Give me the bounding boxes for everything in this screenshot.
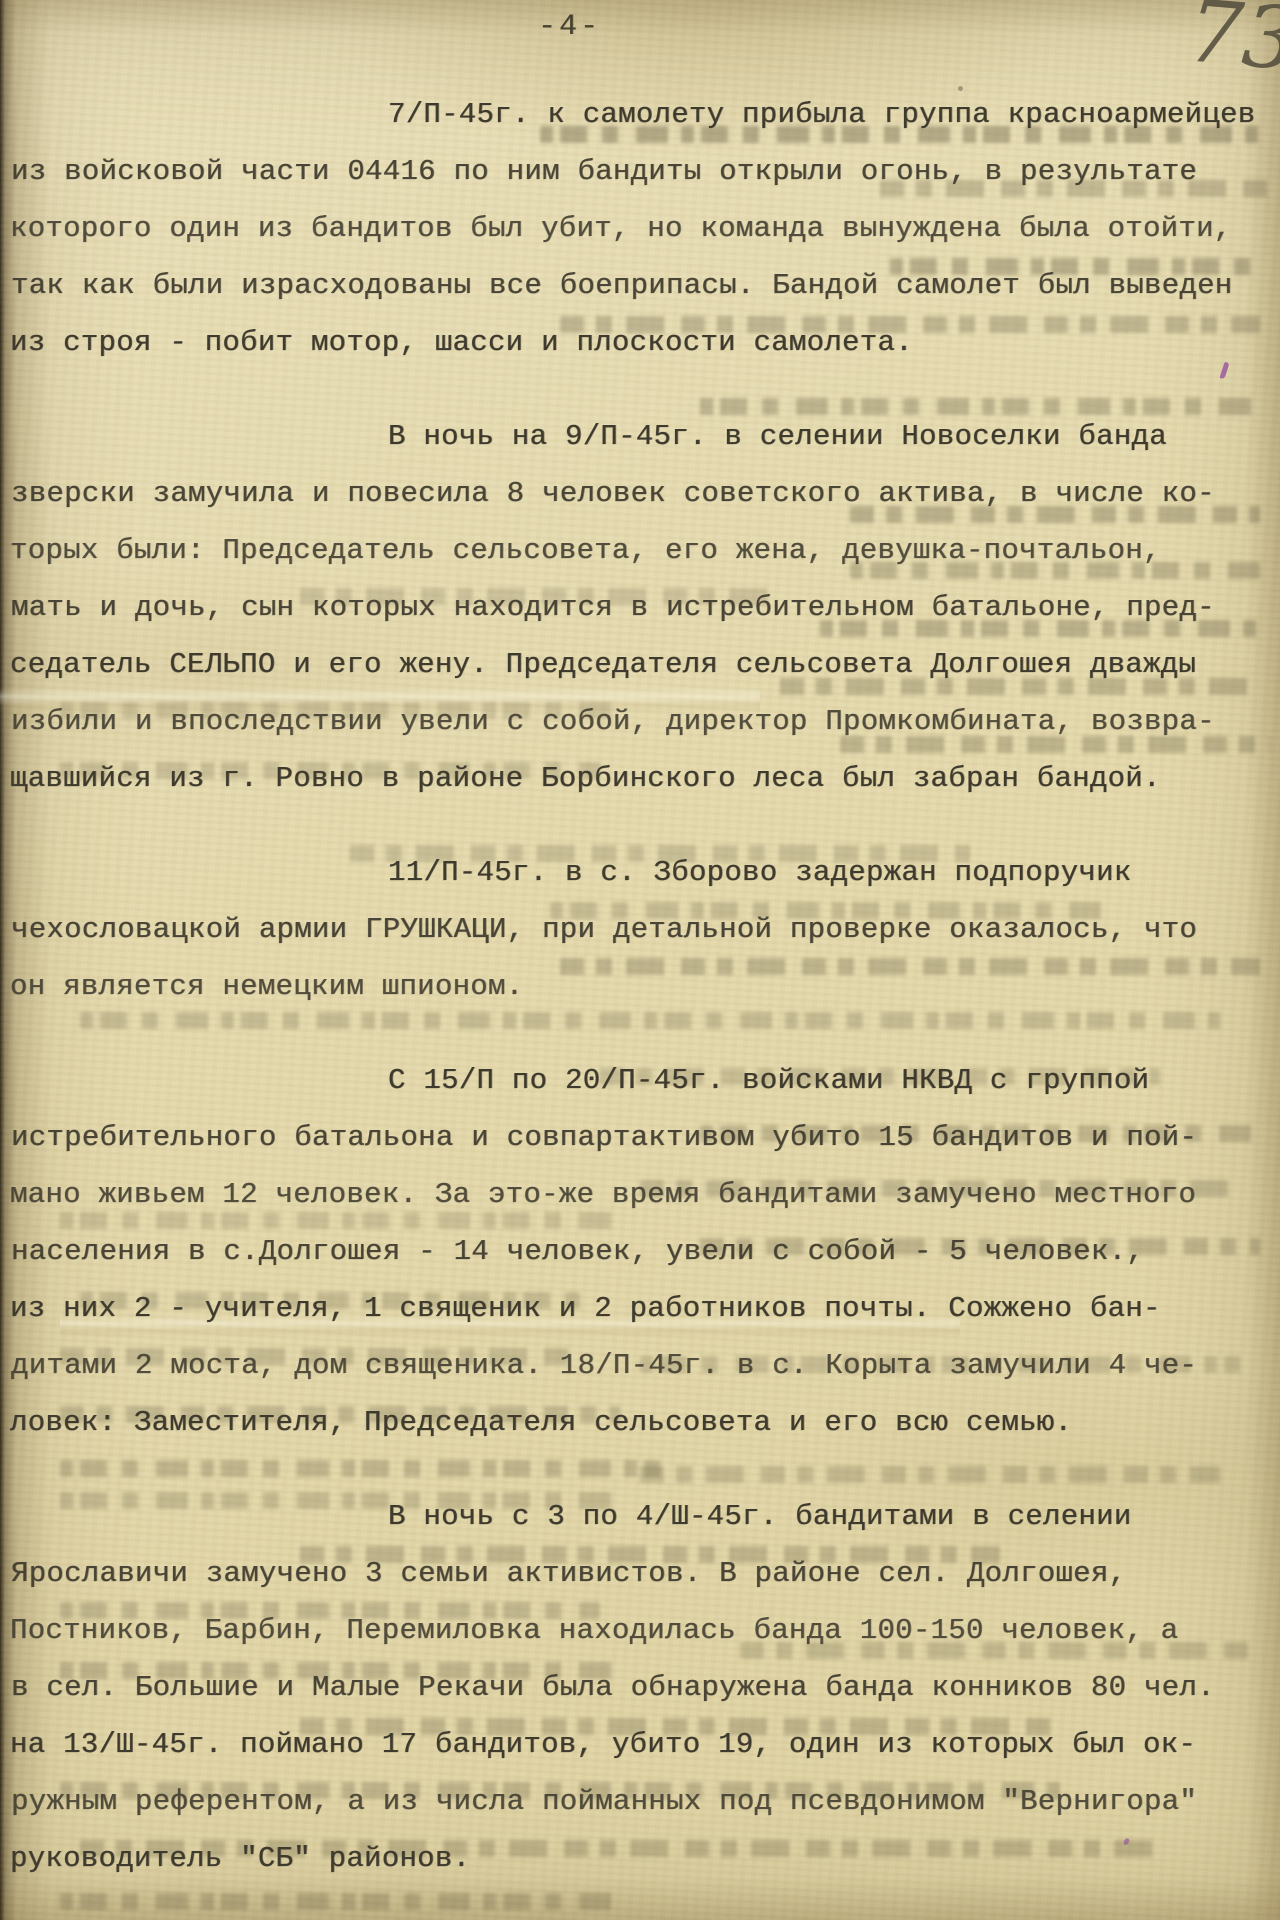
text-line: истребительного батальона и совпартактив… (11, 1109, 1265, 1166)
text-line: мать и дочь, сын которых находится в ист… (11, 579, 1265, 636)
document-text: 7/П-45г. к самолету прибыла группа красн… (10, 86, 1264, 1887)
text-line: щавшийся из г. Ровно в районе Борбинског… (10, 750, 1264, 807)
text-line: С 15/П по 20/П-45г. войсками НКВД с груп… (10, 1052, 1264, 1109)
text-line: избили и впоследствии увели с собой, дир… (11, 693, 1265, 750)
text-line: Ярославичи замучено 3 семьи активистов. … (11, 1545, 1265, 1602)
text-line: руководитель "СБ" районов. (10, 1830, 1264, 1887)
text-line: зверски замучила и повесила 8 человек со… (11, 465, 1265, 522)
paragraph: С 15/П по 20/П-45г. войсками НКВД с груп… (10, 1052, 1264, 1451)
text-line: он является немецким шпионом. (10, 958, 1264, 1015)
page-number: -4- (538, 10, 601, 44)
text-line: на 13/Ш-45г. поймано 17 бандитов, убито … (10, 1716, 1264, 1773)
text-line: В ночь на 9/П-45г. в селении Новоселки б… (10, 408, 1264, 465)
text-line: Постников, Барбин, Перемиловка находилас… (10, 1602, 1264, 1659)
text-line: дитами 2 моста, дом священика. 18/П-45г.… (11, 1337, 1265, 1394)
bleedthrough-line (60, 1893, 620, 1910)
text-line: населения в с.Долгошея - 14 человек, уве… (11, 1223, 1265, 1280)
text-line: 7/П-45г. к самолету прибыла группа красн… (10, 86, 1264, 143)
text-line: ловек: Заместителя, Председателя сельсов… (10, 1394, 1264, 1451)
text-line: из строя - побит мотор, шасси и плоскост… (10, 314, 1264, 371)
text-line: из них 2 - учителя, 1 священик и 2 работ… (10, 1280, 1264, 1337)
text-line: которого один из бандитов был убит, но к… (10, 200, 1264, 257)
handwritten-folio-number: 73 (1184, 0, 1280, 91)
paragraph: 11/П-45г. в с. Зборово задержан подпоруч… (10, 844, 1264, 1015)
paragraph: 7/П-45г. к самолету прибыла группа красн… (10, 86, 1264, 371)
text-line: ружным референтом, а из числа пойманных … (11, 1773, 1265, 1830)
text-line: чехословацкой армии ГРУШКАЦИ, при деталь… (11, 901, 1265, 958)
text-line: торых были: Председатель сельсовета, его… (10, 522, 1264, 579)
text-line: в сел. Большие и Малые Рекачи была обнар… (11, 1659, 1265, 1716)
text-line: из войсковой части 04416 по ним бандиты … (11, 143, 1265, 200)
text-line: 11/П-45г. в с. Зборово задержан подпоруч… (10, 844, 1264, 901)
text-line: В ночь с 3 по 4/Ш-45г. бандитами в селен… (10, 1488, 1264, 1545)
text-line: седатель СЕЛЬПО и его жену. Председателя… (10, 636, 1264, 693)
text-line: так как были израсходованы все боеприпас… (11, 257, 1265, 314)
paragraph: В ночь на 9/П-45г. в селении Новоселки б… (10, 408, 1264, 807)
paragraph: В ночь с 3 по 4/Ш-45г. бандитами в селен… (10, 1488, 1264, 1887)
scanned-document-page: -4- 73 7/П-45г. к самолету прибыла групп… (0, 0, 1280, 1920)
text-line: мано живьем 12 человек. За это-же время … (10, 1166, 1264, 1223)
